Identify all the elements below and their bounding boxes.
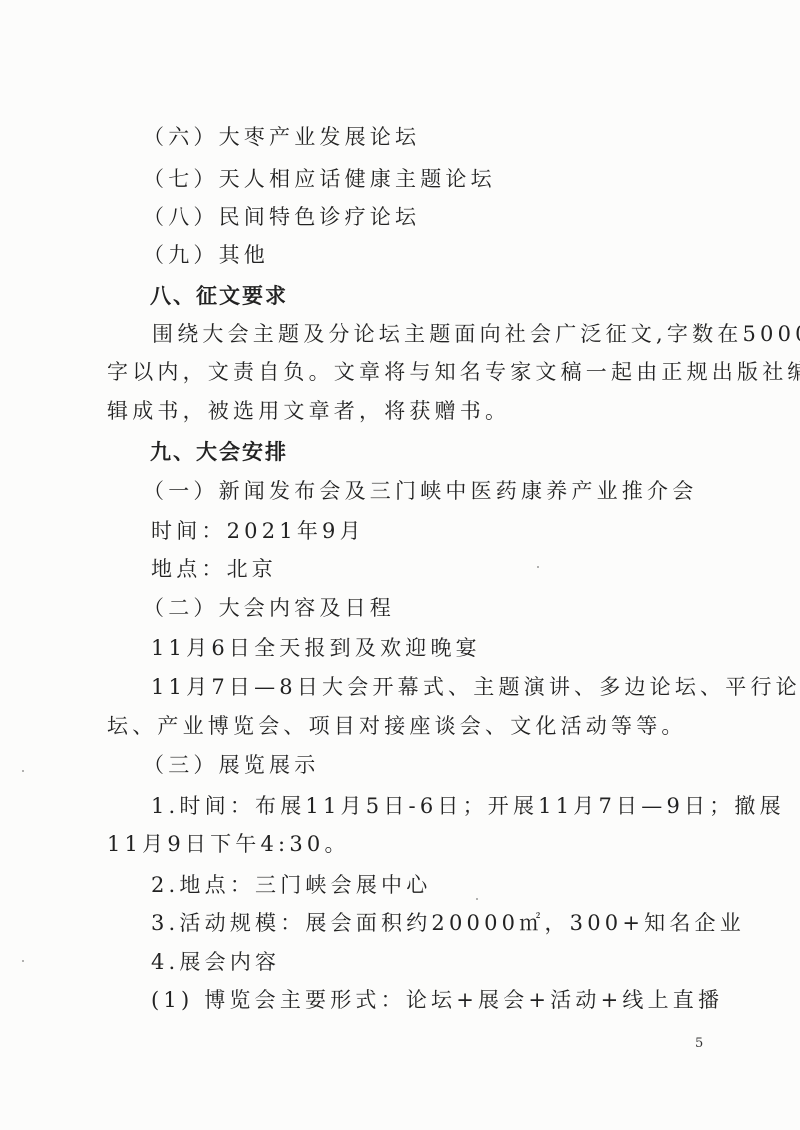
- forum-item-8: （八）民间特色诊疗论坛: [143, 203, 420, 231]
- subsection-schedule-title: （二）大会内容及日程: [143, 594, 395, 622]
- subsection-exhibition-title: （三）展览展示: [143, 751, 319, 779]
- exhibition-scale: 3.活动规模：展会面积约20000㎡，300+知名企业: [151, 909, 745, 937]
- schedule-line-1: 11月6日全天报到及欢迎晚宴: [151, 634, 481, 662]
- exhibition-format: (1) 博览会主要形式：论坛+展会+活动+线上直播: [151, 986, 723, 1014]
- essay-paragraph-line-2: 字以内，文责自负。文章将与知名专家文稿一起由正规出版社编: [107, 358, 800, 386]
- exhibition-time-line-2: 11月9日下午4:30。: [107, 830, 350, 858]
- forum-item-9: （九）其他: [143, 241, 269, 269]
- subsection-press-conference-title: （一）新闻发布会及三门峡中医药康养产业推介会: [143, 477, 697, 505]
- exhibition-content-heading: 4.展会内容: [151, 948, 280, 976]
- document-page: （六）大枣产业发展论坛 （七）天人相应话健康主题论坛 （八）民间特色诊疗论坛 （…: [0, 0, 800, 1130]
- section-heading-essay-requirements: 八、征文要求: [150, 282, 288, 310]
- exhibition-place: 2.地点：三门峡会展中心: [151, 871, 431, 899]
- forum-item-7: （七）天人相应话健康主题论坛: [143, 165, 496, 193]
- press-conference-time: 时间：2021年9月: [151, 517, 365, 545]
- schedule-line-3: 坛、产业博览会、项目对接座谈会、文化活动等等。: [107, 712, 687, 740]
- press-conference-place: 地点：北京: [151, 555, 277, 583]
- forum-item-6: （六）大枣产业发展论坛: [143, 123, 420, 151]
- scan-speck: [22, 770, 24, 772]
- scan-speck: [537, 566, 539, 568]
- scan-speck: [476, 898, 478, 900]
- essay-paragraph-line-1: 围绕大会主题及分论坛主题面向社会广泛征文,字数在5000: [152, 320, 800, 348]
- scan-speck: [22, 960, 24, 962]
- schedule-line-2: 11月7日—8日大会开幕式、主题演讲、多边论坛、平行论: [151, 673, 800, 701]
- page-number: 5: [695, 1036, 703, 1051]
- section-heading-conference-arrangement: 九、大会安排: [150, 438, 288, 466]
- essay-paragraph-line-3: 辑成书，被选用文章者，将获赠书。: [107, 397, 510, 425]
- exhibition-time-line-1: 1.时间：布展11月5日-6日；开展11月7日—9日；撤展: [151, 792, 785, 820]
